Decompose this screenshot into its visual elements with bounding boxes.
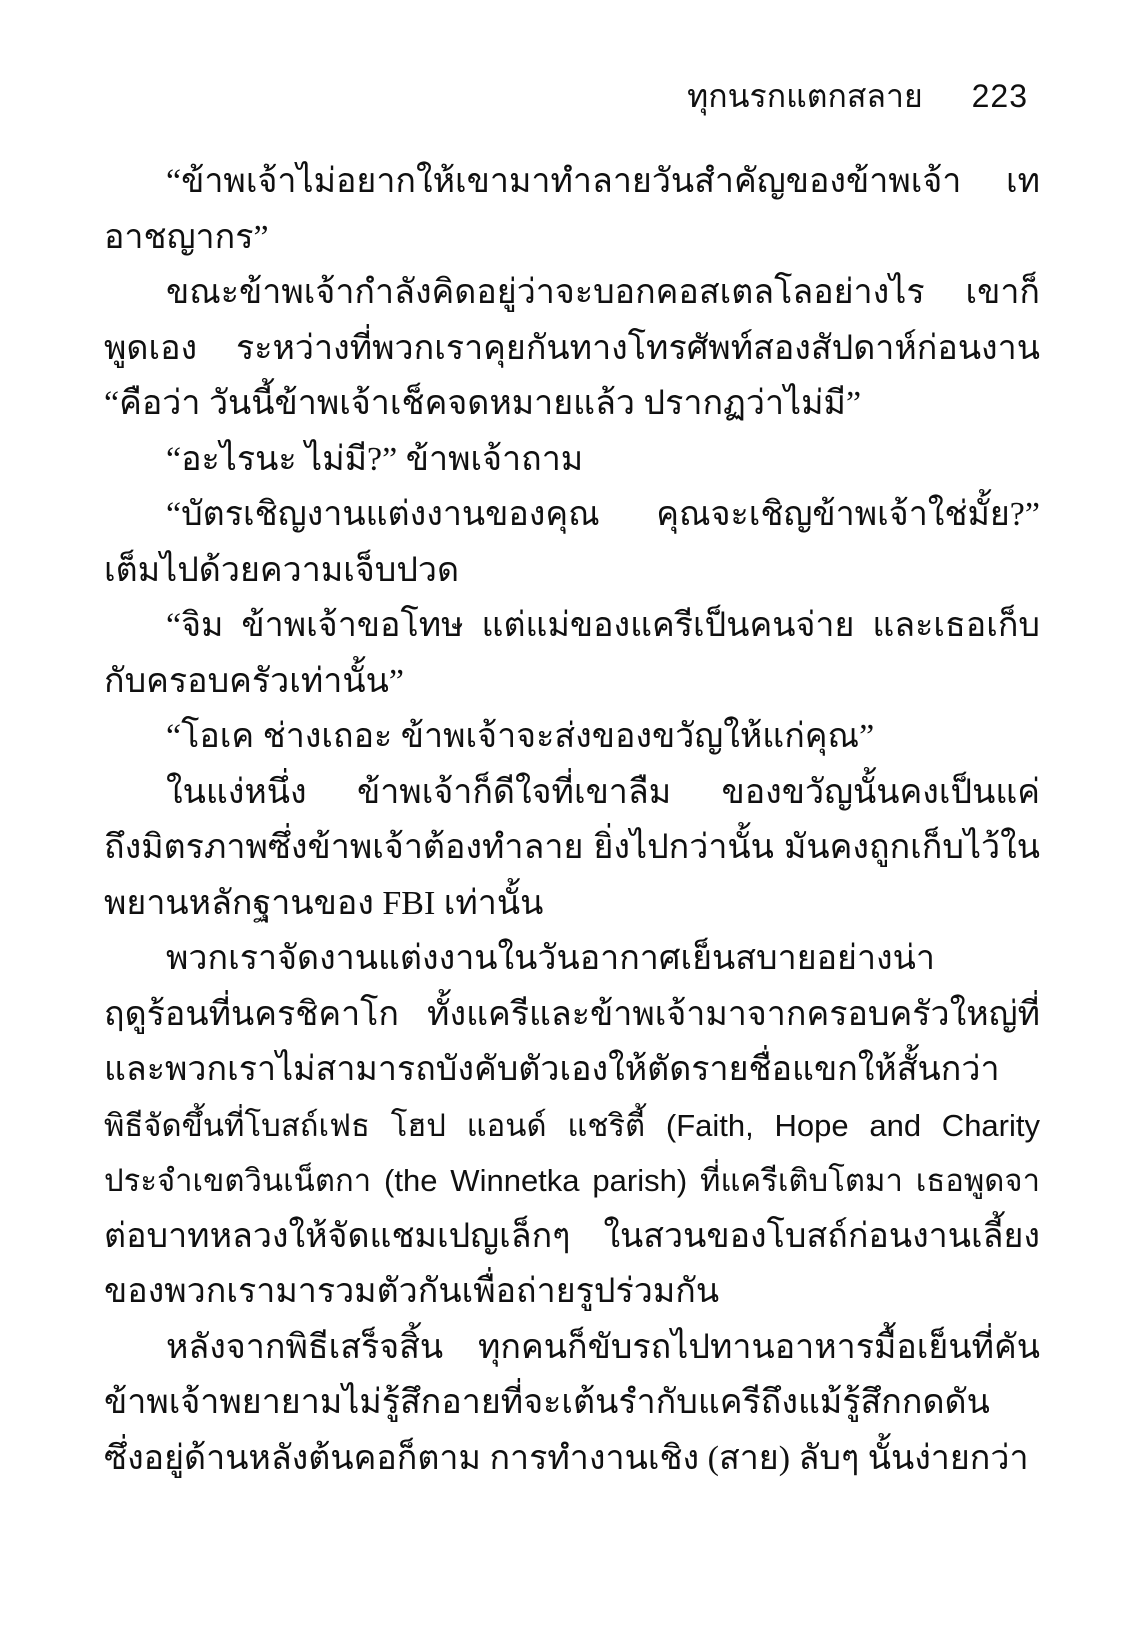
text-line: ขณะข้าพเจ้ากำลังคิดอยู่ว่าจะบอกคอสเตลโลอ… — [104, 265, 1040, 321]
running-title: ทุกนรกแตกสลาย — [687, 78, 923, 114]
text-line: พวกเราจัดงานแต่งงานในวันอากาศเย็นสบายอย่… — [104, 931, 1040, 987]
text-line: อาชญากร” — [104, 210, 1040, 266]
text-line: พูดเอง ระหว่างที่พวกเราคุยกันทางโทรศัพท์… — [104, 321, 1040, 377]
text-line: หลังจากพิธีเสร็จสิ้น ทุกคนก็ขับรถไปทานอา… — [104, 1320, 1040, 1376]
text-line: ข้าพเจ้าพยายามไม่รู้สึกอายที่จะเต้นรำกับ… — [104, 1375, 1040, 1431]
text-line: “บัตรเชิญงานแต่งงานของคุณ คุณจะเชิญข้าพเ… — [104, 487, 1040, 543]
text-line: “จิม ข้าพเจ้าขอโทษ แต่แม่ของแครีเป็นคนจ่… — [104, 598, 1040, 654]
text-line: พยานหลักฐานของ FBI เท่านั้น — [104, 876, 1040, 932]
text-line: “โอเค ช่างเถอะ ข้าพเจ้าจะส่งของขวัญให้แก… — [104, 709, 1040, 765]
body-text: “ข้าพเจ้าไม่อยากให้เขามาทำลายวันสำคัญของ… — [104, 154, 1040, 1486]
text-line: “คือว่า วันนี้ข้าพเจ้าเช็คจดหมายแล้ว ปรา… — [104, 376, 1040, 432]
text-line: “อะไรนะ ไม่มี?” ข้าพเจ้าถาม — [104, 432, 1040, 488]
text-line: พิธีจัดขึ้นที่โบสถ์เฟธ โฮป แอนด์ แชริตี้… — [104, 1098, 1040, 1154]
text-line: “ข้าพเจ้าไม่อยากให้เขามาทำลายวันสำคัญของ… — [104, 154, 1040, 210]
book-page: ทุกนรกแตกสลาย 223 “ข้าพเจ้าไม่อยากให้เขา… — [0, 0, 1126, 1638]
text-line: ของพวกเรามารวมตัวกันเพื่อถ่ายรูปร่วมกัน — [104, 1264, 1040, 1320]
text-line: กับครอบครัวเท่านั้น” — [104, 654, 1040, 710]
text-line: ซึ่งอยู่ด้านหลังต้นคอก็ตาม การทำงานเชิง … — [104, 1431, 1040, 1487]
page-number: 223 — [972, 78, 1028, 114]
text-line: ประจำเขตวินเน็ตกา (the Winnetka parish) … — [104, 1153, 1040, 1209]
text-line: เต็มไปด้วยความเจ็บปวด — [104, 543, 1040, 599]
text-line: ฤดูร้อนที่นครชิคาโก ทั้งแครีและข้าพเจ้าม… — [104, 987, 1040, 1043]
text-line: ในแง่หนึ่ง ข้าพเจ้าก็ดีใจที่เขาลืม ของขว… — [104, 765, 1040, 821]
page-header: ทุกนรกแตกสลาย 223 — [0, 78, 1028, 114]
text-line: ต่อบาทหลวงให้จัดแชมเปญเล็กๆ ในสวนของโบสถ… — [104, 1209, 1040, 1265]
text-line: และพวกเราไม่สามารถบังคับตัวเองให้ตัดรายช… — [104, 1042, 1040, 1098]
text-line: ถึงมิตรภาพซึ่งข้าพเจ้าต้องทำลาย ยิ่งไปกว… — [104, 820, 1040, 876]
